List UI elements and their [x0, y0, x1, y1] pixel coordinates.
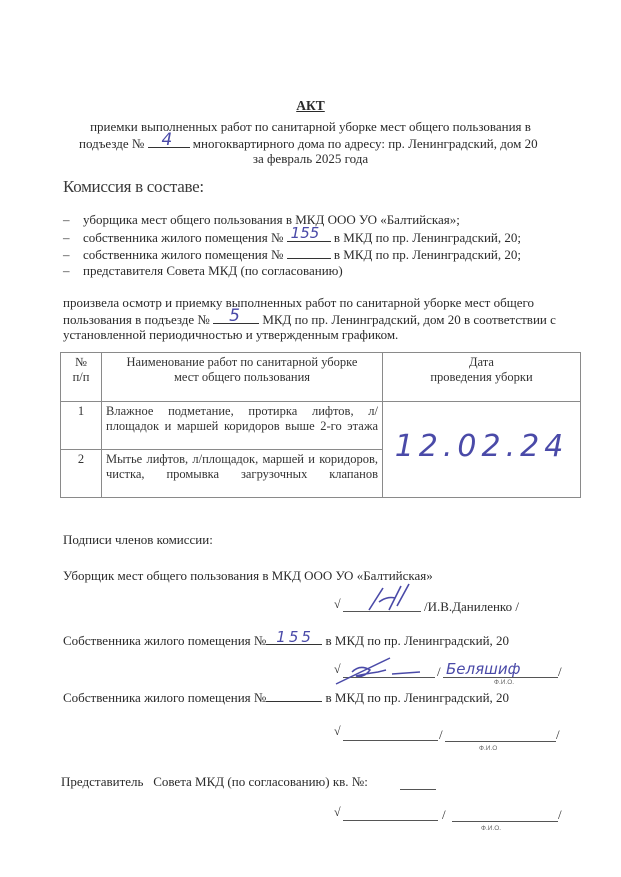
row-number: 2	[61, 450, 102, 498]
owner-label: Собственника жилого помещения №	[63, 690, 266, 705]
apartment-number-field: 155	[287, 229, 331, 242]
header-text: Наименование работ по санитарной уборке	[106, 355, 378, 370]
fio-caption: Ф.И.О	[479, 745, 497, 752]
owner-1-signature	[330, 652, 430, 688]
works-table: № п/п Наименование работ по санитарной у…	[60, 352, 581, 498]
subtitle-period: за февраль 2025 года	[0, 151, 621, 166]
table-row: 1 Влажное подметание, протирка лифтов, л…	[61, 402, 581, 450]
slash: /	[439, 727, 443, 742]
paragraph-text: МКД по пр. Ленинградский, дом 20 в соотв…	[262, 312, 556, 327]
slash: /	[556, 727, 560, 742]
handwritten-entrance-number-2: 5	[229, 309, 240, 324]
cleaner-label: Уборщик мест общего пользования в МКД ОО…	[63, 568, 433, 583]
row-work-name: Мытье лифтов, л/площадок, маршей и корид…	[102, 450, 383, 498]
slash: /	[558, 664, 562, 679]
council-signature-line	[343, 819, 438, 821]
header-number: № п/п	[61, 353, 102, 402]
check-mark: √	[334, 724, 341, 739]
member-text: собственника жилого помещения №	[83, 230, 283, 245]
member-text: уборщика мест общего пользования в МКД О…	[83, 212, 460, 227]
cleaner-name: /И.В.Даниленко /	[424, 599, 519, 614]
owner-label: Собственника жилого помещения №	[63, 633, 266, 648]
slash: /	[442, 807, 446, 822]
council-fio-line	[452, 820, 558, 822]
apartment-number-field-empty	[287, 246, 331, 259]
handwritten-apartment-number: 155	[291, 224, 320, 242]
table-header-row: № п/п Наименование работ по санитарной у…	[61, 353, 581, 402]
owner-address: в МКД по пр. Ленинградский, 20	[326, 690, 510, 705]
member-text: представителя Совета МКД (по согласовани…	[83, 263, 343, 278]
list-dash: –	[63, 247, 83, 263]
list-dash: –	[63, 263, 83, 279]
cleaning-date-cell: 12.02.24	[383, 402, 581, 498]
list-dash: –	[63, 212, 83, 228]
handwritten-owner-1-name: Беляшиф	[446, 660, 520, 678]
council-apartment-field	[400, 788, 436, 790]
inspection-paragraph-line-2: пользования в подъезде № 5 МКД по пр. Ле…	[63, 311, 556, 327]
owner-2-line: Собственника жилого помещения № в МКД по…	[63, 689, 509, 705]
subtitle-line-1: приемки выполненных работ по санитарной …	[0, 119, 621, 134]
commission-member-cleaner: –уборщика мест общего пользования в МКД …	[63, 212, 460, 228]
header-text: №	[65, 355, 97, 370]
owner-address: в МКД по пр. Ленинградский, 20	[326, 633, 510, 648]
cleaner-signature	[365, 582, 415, 614]
signatures-heading: Подписи членов комиссии:	[63, 532, 213, 547]
paragraph-text: пользования в подъезде №	[63, 312, 210, 327]
member-address: в МКД по пр. Ленинградский, 20;	[334, 247, 521, 262]
slash: /	[558, 807, 562, 822]
inspection-paragraph-line-1: произвела осмотр и приемку выполненных р…	[63, 295, 534, 310]
owner-2-fio-line	[445, 740, 556, 742]
handwritten-apartment-number: 155	[276, 630, 314, 645]
header-date: Дата проведения уборки	[383, 353, 581, 402]
header-work-name: Наименование работ по санитарной уборке …	[102, 353, 383, 402]
handwritten-entrance-number: 4	[162, 133, 173, 148]
commission-member-owner-1: –собственника жилого помещения № 155 в М…	[63, 229, 521, 246]
fio-caption: Ф.И.О.	[494, 679, 514, 686]
header-text: мест общего пользования	[106, 370, 378, 385]
entrance-number-field: 4	[148, 135, 190, 148]
header-text: Дата	[387, 355, 576, 370]
council-label: Представитель Совета МКД (по согласовани…	[61, 774, 368, 789]
entrance-label: подъезде №	[79, 136, 144, 151]
list-dash: –	[63, 230, 83, 246]
row-work-name: Влажное подметание, протирка лифтов, л/п…	[102, 402, 383, 450]
member-text: собственника жилого помещения №	[83, 247, 283, 262]
header-text: проведения уборки	[387, 370, 576, 385]
slash: /	[437, 664, 441, 679]
member-address: в МКД по пр. Ленинградский, 20;	[334, 230, 521, 245]
handwritten-cleaning-date: 12.02.24	[395, 429, 569, 464]
commission-member-council: –представителя Совета МКД (по согласован…	[63, 263, 343, 279]
owner-2-signature-line	[343, 739, 438, 741]
commission-heading: Комиссия в составе:	[63, 177, 204, 197]
entrance-number-field-2: 5	[213, 311, 259, 324]
address-text: многоквартирного дома по адресу: пр. Лен…	[193, 136, 538, 151]
row-number: 1	[61, 402, 102, 450]
owner-2-apartment-field	[266, 689, 322, 702]
subtitle-line-2: подъезде № 4 многоквартирного дома по ад…	[79, 135, 538, 151]
header-text: п/п	[65, 370, 97, 385]
check-mark: √	[334, 805, 341, 820]
document-title: АКТ	[0, 98, 621, 114]
owner-1-apartment-field: 155	[266, 632, 322, 645]
check-mark: √	[334, 597, 341, 612]
fio-caption: Ф.И.О.	[481, 825, 501, 832]
inspection-paragraph-line-3: установленной периодичностью и утвержден…	[63, 327, 398, 342]
owner-1-line: Собственника жилого помещения №155 в МКД…	[63, 632, 509, 648]
commission-member-owner-2: –собственника жилого помещения № в МКД п…	[63, 246, 521, 263]
